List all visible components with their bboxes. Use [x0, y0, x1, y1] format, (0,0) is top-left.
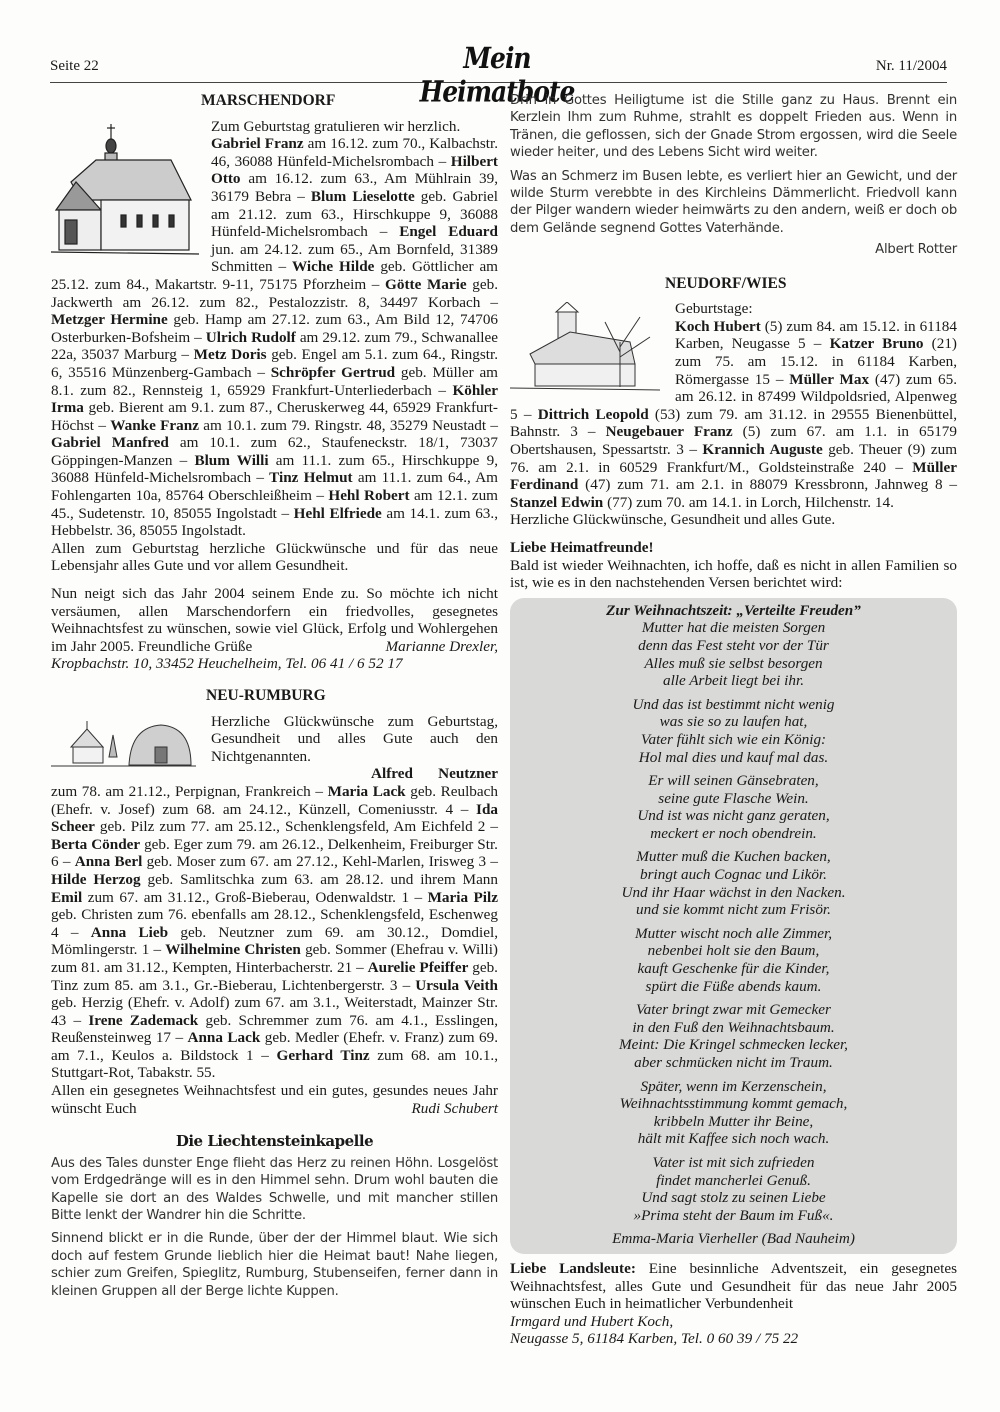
person-name: Gabriel Franz: [211, 135, 304, 152]
person-name: Ursula Veith: [415, 977, 498, 994]
poem-line: bringt auch Cognac und Likör.: [520, 866, 947, 884]
person-name: Katzer Bruno: [830, 335, 924, 352]
left-column: MARSCHENDORF Zum Geburtstag gratu: [51, 92, 498, 1300]
village-chapel-drawing-icon: [51, 717, 201, 773]
poem-line: nebenbei holt sie den Baum,: [520, 942, 947, 960]
entry-details: zum 78. am 21.12., Perpignan, Frankreich…: [51, 783, 328, 800]
person-name: Krannich Auguste: [702, 441, 822, 458]
page-header: Seite 22 Mein Heimatbote Nr. 11/2004: [50, 52, 947, 83]
poem-line: und sie kommt nicht zum Frisör.: [520, 901, 947, 919]
poem-line: Mutter hat die meisten Sorgen: [520, 619, 947, 637]
poem-stanza: Er will seinen Gänsebraten,seine gute Fl…: [520, 772, 947, 842]
poem-stanzas: Mutter hat die meisten Sorgendenn das Fe…: [520, 619, 947, 1224]
section-landsleute: Liebe Landsleute: Eine besinnliche Adven…: [510, 1260, 957, 1348]
person-name: Aurelie Pfeiffer: [368, 959, 469, 976]
person-name: Hehl Elfriede: [294, 505, 382, 522]
poem-author: Albert Rotter: [510, 241, 957, 258]
poem-line: meckert er noch obendrein.: [520, 825, 947, 843]
poem-paragraph: Was an Schmerz im Busen lebte, es verlie…: [510, 168, 957, 238]
person-name: Gabriel Manfred: [51, 434, 169, 451]
person-name: Blum Lieselotte: [311, 188, 415, 205]
person-name: Ulrich Rudolf: [206, 329, 296, 346]
poem-stanza: Mutter wischt noch alle Zimmer,nebenbei …: [520, 925, 947, 995]
poem-line: Und ist was nicht ganz geraten,: [520, 807, 947, 825]
entry-details: geb. Pilz zum 77. am 25.12., Schenklengs…: [95, 818, 498, 835]
poem-line: kribbeln Mutter ihr Beine,: [520, 1113, 947, 1131]
poem-paragraph: Drin in Gottes Heiligtume ist die Stille…: [510, 92, 957, 162]
poem-stanza: Und das ist bestimmt nicht wenigwas sie …: [520, 696, 947, 766]
section-title: Die Liechtensteinkapelle: [51, 1133, 498, 1151]
poem-stanza: Vater bringt zwar mit Gemeckerin den Fuß…: [520, 1001, 947, 1071]
section-title: MARSCHENDORF: [201, 92, 498, 110]
section-liechtensteinkapelle: Die Liechtensteinkapelle Aus des Tales d…: [51, 1133, 498, 1300]
closing-text: Allen zum Geburtstag herzliche Glückwüns…: [51, 540, 498, 575]
entry-details: zum 67. am 31.12., Groß-Bieberau, Odenwa…: [82, 889, 427, 906]
poem-line: Vater bringt zwar mit Gemecker: [520, 1001, 947, 1019]
poem-line: findet mancherlei Genuß.: [520, 1172, 947, 1190]
poem-box: Zur Weihnachtszeit: „Verteilte Freuden” …: [510, 598, 957, 1254]
poem-title: Zur Weihnachtszeit: „Verteilte Freuden”: [520, 602, 947, 620]
person-name: Anna Lieb: [91, 924, 168, 941]
poem-line: hält mit Kaffee sich noch wach.: [520, 1130, 947, 1148]
holiday-message: Nun neigt sich das Jahr 2004 seinem Ende…: [51, 585, 498, 655]
poem-line: Er will seinen Gänsebraten,: [520, 772, 947, 790]
person-name: Berta Cönder: [51, 836, 140, 853]
poem-line: alle Arbeit liegt bei ihr.: [520, 672, 947, 690]
entry-details: (77) zum 70. am 14.1. in Lorch, Hilchens…: [603, 494, 894, 511]
person-name: Wilhelmine Christen: [165, 941, 301, 958]
poem-line: denn das Fest steht vor der Tür: [520, 637, 947, 655]
poem-stanza: Mutter muß die Kuchen backen,bringt auch…: [520, 848, 947, 918]
person-name: Blum Willi: [194, 452, 268, 469]
person-name: Neugebauer Franz: [606, 423, 733, 440]
entry-details: geb. Samlitschka zum 63. am 28.12. und i…: [141, 871, 498, 888]
person-name: Engel Eduard: [399, 223, 498, 240]
poem-line: »Prima steht der Baum im Fuß«.: [520, 1207, 947, 1225]
right-column: Drin in Gottes Heiligtume ist die Stille…: [510, 92, 957, 1348]
signature-address: Neugasse 5, 61184 Karben, Tel. 0 60 39 /…: [510, 1330, 957, 1348]
poem-line: kauft Geschenke für die Kinder,: [520, 960, 947, 978]
birthday-list: Alfred Neutzner zum 78. am 21.12., Perpi…: [51, 765, 498, 1082]
poem-line: Meint: Die Kringel schmecken lecker,: [520, 1036, 947, 1054]
person-name: Wiche Hilde: [292, 258, 374, 275]
poem-line: Und das ist bestimmt nicht wenig: [520, 696, 947, 714]
poem-line: Mutter muß die Kuchen backen,: [520, 848, 947, 866]
poem-line: spürt die Füße abends kaum.: [520, 978, 947, 996]
intro-text: Bald ist wieder Weihnachten, ich hoffe, …: [510, 557, 957, 592]
poem-paragraph: Sinnend blickt er in die Runde, über der…: [51, 1230, 498, 1300]
section-title: NEUDORF/WIES: [665, 275, 957, 293]
poem-line: Vater ist mit sich zufrieden: [520, 1154, 947, 1172]
person-name: Metzger Hermine: [51, 311, 168, 328]
poem-line: Und ihr Haar wächst in den Nacken.: [520, 884, 947, 902]
poem-line: Hol mal dies und kauf mal das.: [520, 749, 947, 767]
greeting-label: Liebe Landsleute:: [510, 1260, 636, 1277]
church-drawing-icon: [51, 120, 201, 260]
signature: Rudi Schubert: [412, 1100, 498, 1118]
poem-stanza: Mutter hat die meisten Sorgendenn das Fe…: [520, 619, 947, 689]
section-neu-rumburg: NEU-RUMBURG Herzliche Glückwünsche zum G…: [51, 687, 498, 1117]
section-poem-continuation: Drin in Gottes Heiligtume ist die Stille…: [510, 92, 957, 259]
person-name: Dittrich Leopold: [538, 406, 649, 423]
poem-line: seine gute Flasche Wein.: [520, 790, 947, 808]
person-name: Wanke Franz: [110, 417, 199, 434]
signature-address: Kropbachstr. 10, 33452 Heuchelheim, Tel.…: [51, 655, 498, 673]
section-title: NEU-RUMBURG: [206, 687, 498, 705]
section-marschendorf: MARSCHENDORF Zum Geburtstag gratu: [51, 92, 498, 673]
poem-stanza: Später, wenn im Kerzenschein,Weihnachtss…: [520, 1078, 947, 1148]
closing-text: Herzliche Glückwünsche, Gesundheit und a…: [510, 511, 957, 529]
person-name: Metz Doris: [194, 346, 267, 363]
person-name: Gerhard Tinz: [277, 1047, 370, 1064]
greeting-text: Liebe Landsleute: Eine besinnliche Adven…: [510, 1260, 957, 1313]
poem-line: Später, wenn im Kerzenschein,: [520, 1078, 947, 1096]
poem-line: in den Fuß den Weihnachtsbaum.: [520, 1019, 947, 1037]
person-name: Irene Zademack: [88, 1012, 198, 1029]
person-name: Maria Pilz: [428, 889, 498, 906]
person-name: Alfred Neutzner: [371, 765, 498, 782]
person-name: Emil: [51, 889, 82, 906]
signature-name: Irmgard und Hubert Koch,: [510, 1313, 957, 1331]
person-name: Hehl Robert: [328, 487, 409, 504]
section-title: Liebe Heimatfreunde!: [510, 539, 957, 557]
poem-stanza: Vater ist mit sich zufriedenfindet manch…: [520, 1154, 947, 1224]
page-number: Seite 22: [50, 58, 99, 75]
person-name: Anna Berl: [75, 853, 143, 870]
poem-author: Emma-Maria Vierheller (Bad Nauheim): [520, 1230, 947, 1248]
person-name: Koch Hubert: [675, 318, 761, 335]
closing-text: Allen ein gesegnetes Weihnachtsfest und …: [51, 1082, 498, 1117]
poem-line: Weihnachtsstimmung kommt gemach,: [520, 1095, 947, 1113]
person-name: Tinz Helmut: [269, 469, 352, 486]
section-heimatfreunde: Liebe Heimatfreunde! Bald ist wieder Wei…: [510, 539, 957, 592]
person-name: Maria Lack: [328, 783, 406, 800]
poem-line: Vater fühlt sich wie ein König:: [520, 731, 947, 749]
person-name: Müller Max: [789, 371, 869, 388]
person-name: Anna Lack: [188, 1029, 261, 1046]
poem-line: was sie so zu laufen hat,: [520, 713, 947, 731]
person-name: Schröpfer Gertrud: [271, 364, 395, 381]
entry-details: (47) zum 71. am 2.1. in 88079 Kressbronn…: [578, 476, 957, 493]
person-name: Stanzel Edwin: [510, 494, 603, 511]
poem-line: Alles muß sie selbst besorgen: [520, 655, 947, 673]
person-name: Götte Marie: [385, 276, 467, 293]
poem-paragraph: Aus des Tales dunster Enge flieht das He…: [51, 1155, 498, 1225]
church-with-tree-drawing-icon: [510, 302, 665, 402]
signature-name: Marianne Drexler,: [386, 638, 498, 656]
person-name: Hilde Herzog: [51, 871, 141, 888]
poem-line: Mutter wischt noch alle Zimmer,: [520, 925, 947, 943]
poem-line: aber schmücken nicht im Traum.: [520, 1054, 947, 1072]
poem-line: Und sagt stolz zu seinen Liebe: [520, 1189, 947, 1207]
section-neudorf-wies: NEUDORF/WIES Geburtstage: Koch Hubert (5…: [510, 275, 957, 529]
entry-details: am 10.1. zum 79. Ringstr. 48, 35279 Neus…: [199, 417, 498, 434]
entry-details: geb. Moser zum 67. am 27.12., Kehl-Marle…: [142, 853, 498, 870]
issue-number: Nr. 11/2004: [876, 58, 947, 75]
